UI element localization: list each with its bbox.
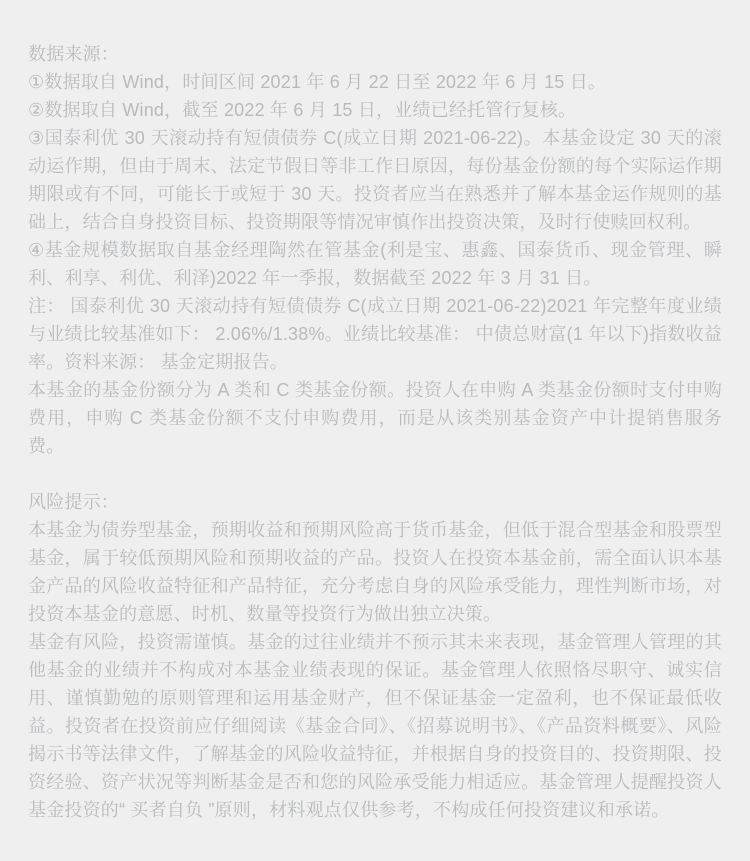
risk-paragraph-2: 基金有风险，投资需谨慎。基金的过往业绩并不预示其未来表现，基金管理人管理的其他基… [28, 628, 722, 824]
benchmark-note: 注： 国泰利优 30 天滚动持有短债债券 C(成立日期 2021-06-22)2… [28, 292, 722, 376]
data-source-item-4: ④基金规模数据取自基金经理陶然在管基金(利是宝、惠鑫、国泰货币、现金管理、瞬利、… [28, 236, 722, 292]
risk-heading: 风险提示： [28, 488, 722, 516]
fund-disclaimer-page: 数据来源： ①数据取自 Wind，时间区间 2021 年 6 月 22 日至 2… [0, 0, 750, 861]
share-class-note: 本基金的基金份额分为 A 类和 C 类基金份额。投资人在申购 A 类基金份额时支… [28, 376, 722, 460]
risk-paragraph-1: 本基金为债券型基金，预期收益和预期风险高于货币基金，但低于混合型基金和股票型基金… [28, 516, 722, 628]
risk-section: 风险提示： 本基金为债券型基金，预期收益和预期风险高于货币基金，但低于混合型基金… [28, 488, 722, 824]
data-source-section: 数据来源： ①数据取自 Wind，时间区间 2021 年 6 月 22 日至 2… [28, 40, 722, 460]
data-source-item-2: ②数据取自 Wind，截至 2022 年 6 月 15 日，业绩已经托管行复核。 [28, 96, 722, 124]
data-source-heading: 数据来源： [28, 40, 722, 68]
data-source-item-1: ①数据取自 Wind，时间区间 2021 年 6 月 22 日至 2022 年 … [28, 68, 722, 96]
data-source-item-3: ③国泰利优 30 天滚动持有短债债券 C(成立日期 2021-06-22)。本基… [28, 124, 722, 236]
